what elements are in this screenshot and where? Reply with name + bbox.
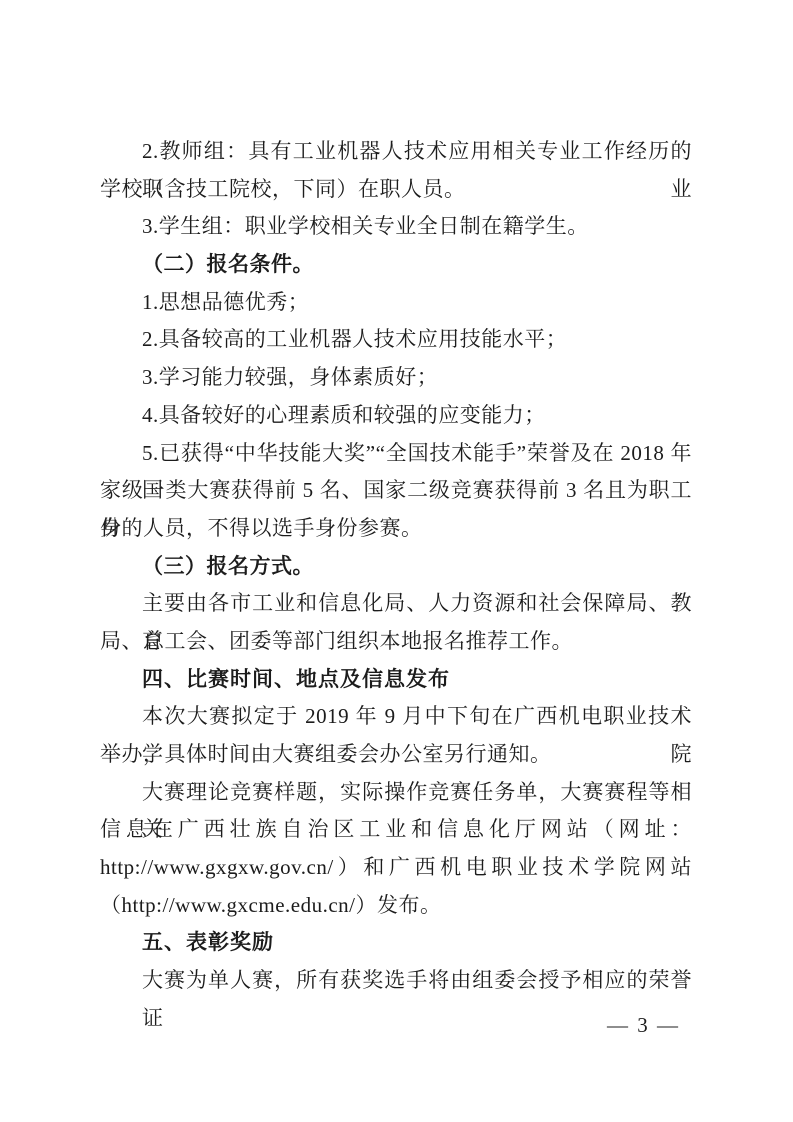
doc-line: 3.学生组：职业学校相关专业全日制在籍学生。	[100, 208, 692, 246]
doc-line: 主要由各市工业和信息化局、人力资源和社会保障局、教育	[100, 585, 692, 623]
document-page: 2.教师组：具有工业机器人技术应用相关专业工作经历的职业 学校（含技工院校，下同…	[0, 0, 793, 1122]
doc-line: 本次大赛拟定于 2019 年 9 月中下旬在广西机电职业技术学院	[100, 698, 692, 736]
section-heading-time-location-info: 四、比赛时间、地点及信息发布	[100, 661, 692, 699]
doc-line: 大赛为单人赛，所有获奖选手将由组委会授予相应的荣誉证	[100, 962, 692, 1000]
doc-line: 家级一类大赛获得前 5 名、国家二级竞赛获得前 3 名且为职工身	[100, 472, 692, 510]
doc-line: 信息在广西壮族自治区工业和信息化厅网站（网址：	[100, 811, 692, 849]
doc-line: 2.具备较高的工业机器人技术应用技能水平；	[100, 321, 692, 359]
page-number: — 3 —	[607, 1007, 680, 1044]
doc-line: 份的人员，不得以选手身份参赛。	[100, 510, 692, 548]
doc-line: 局、总工会、团委等部门组织本地报名推荐工作。	[100, 623, 692, 661]
sub-heading-registration-method: （三）报名方式。	[100, 548, 692, 586]
doc-line: 大赛理论竞赛样题，实际操作竞赛任务单，大赛赛程等相关	[100, 774, 692, 812]
doc-line: 4.具备较好的心理素质和较强的应变能力；	[100, 397, 692, 435]
doc-line: 1.思想品德优秀；	[100, 284, 692, 322]
section-heading-awards: 五、表彰奖励	[100, 924, 692, 962]
document-body: 2.教师组：具有工业机器人技术应用相关专业工作经历的职业 学校（含技工院校，下同…	[100, 133, 692, 1000]
doc-line: 3.学习能力较强，身体素质好；	[100, 359, 692, 397]
sub-heading-registration-conditions: （二）报名条件。	[100, 246, 692, 284]
doc-line: 5.已获得“中华技能大奖”“全国技术能手”荣誉及在 2018 年国	[100, 435, 692, 473]
doc-line: 2.教师组：具有工业机器人技术应用相关专业工作经历的职业	[100, 133, 692, 171]
doc-line-url: （http://www.gxcme.edu.cn/）发布。	[100, 887, 692, 925]
doc-line-url: http://www.gxgxw.gov.cn/）和广西机电职业技术学院网站	[100, 849, 692, 887]
